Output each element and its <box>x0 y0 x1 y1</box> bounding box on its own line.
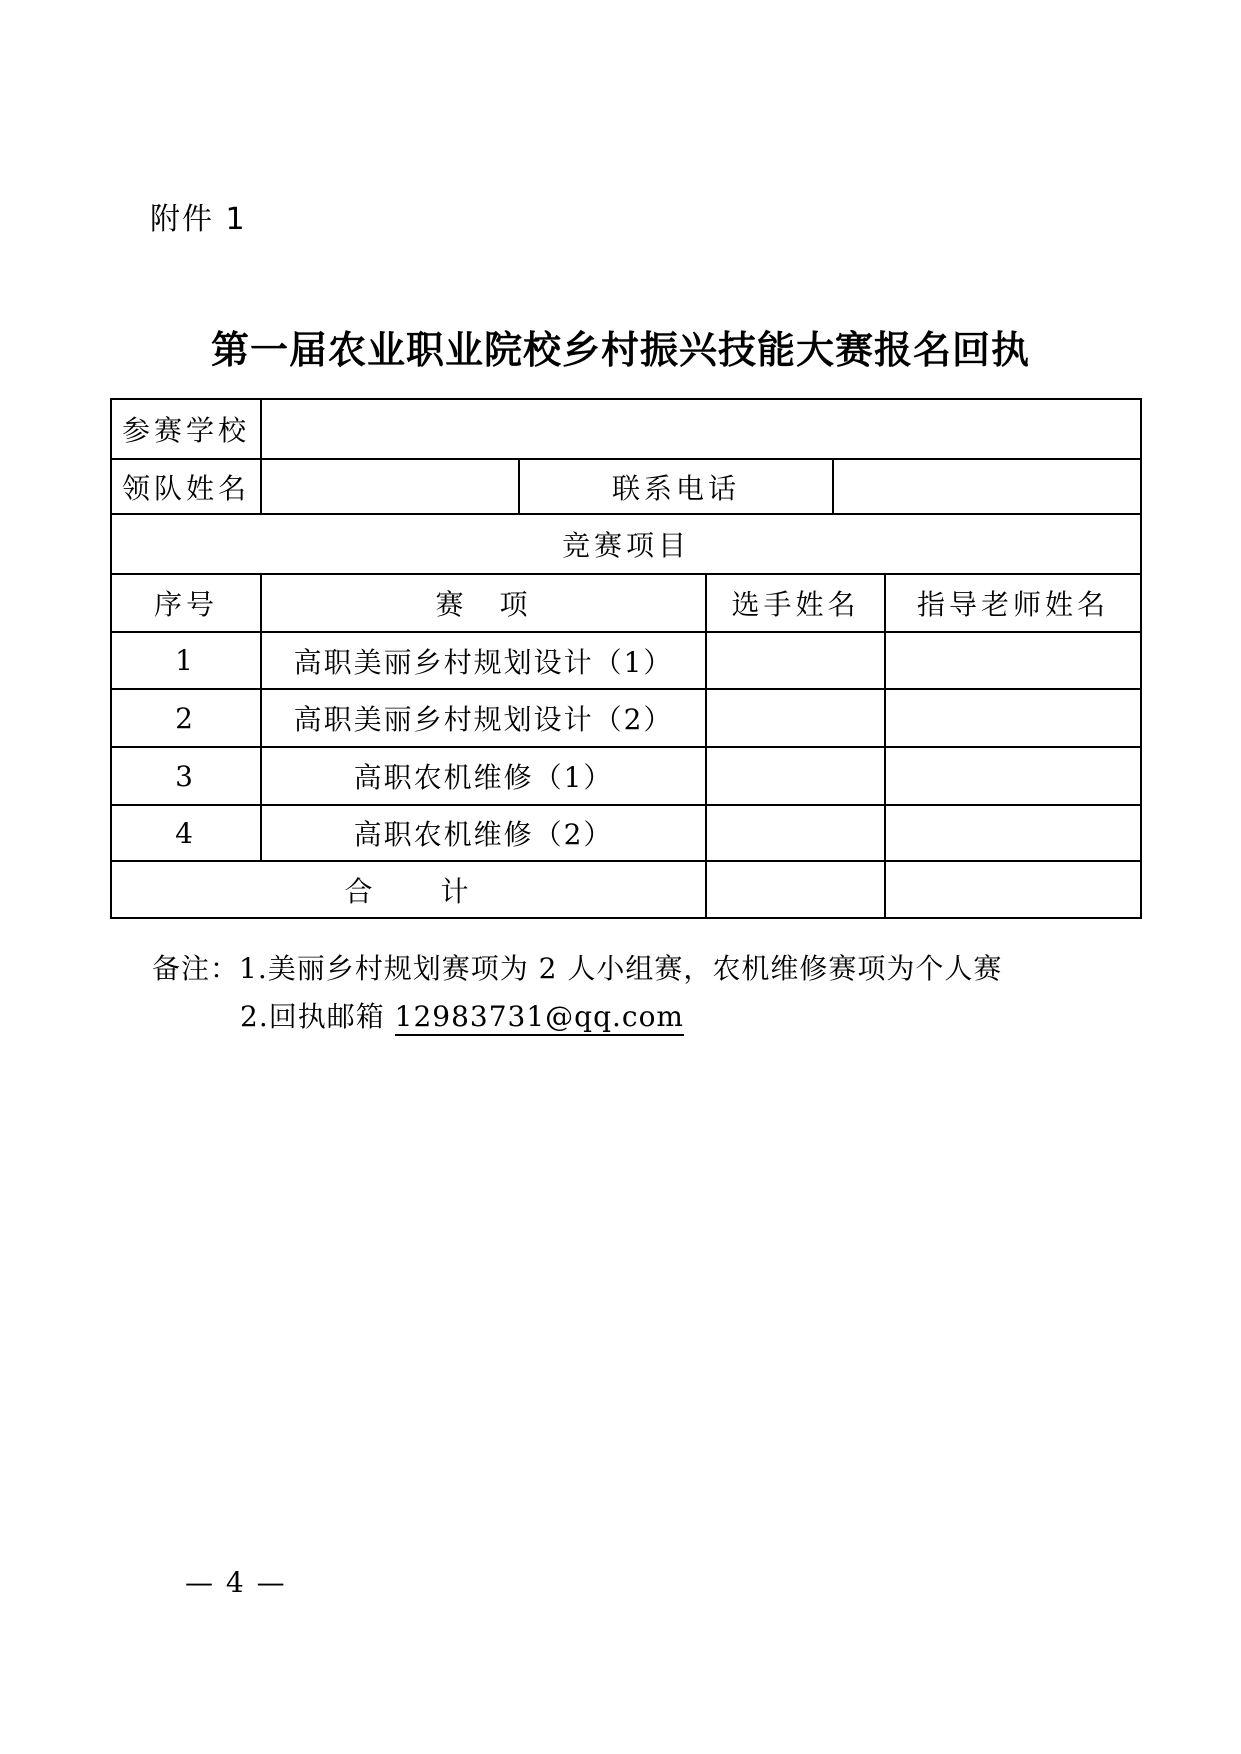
col-header-teacher: 指导老师姓名 <box>884 575 1140 631</box>
page-title: 第一届农业职业院校乡村振兴技能大赛报名回执 <box>0 326 1241 374</box>
leader-label-cell: 领队姓名 <box>112 460 260 513</box>
table-row-event-1: 1 高职美丽乡村规划设计（1） <box>112 631 1140 688</box>
table-row-school: 参赛学校 <box>112 400 1140 458</box>
table-row-event-3: 3 高职农机维修（1） <box>112 746 1140 804</box>
total-teacher-cell[interactable] <box>884 862 1140 917</box>
leader-input-cell[interactable] <box>260 460 518 513</box>
player-input-cell[interactable] <box>705 748 884 804</box>
table-row-total: 合 计 <box>112 860 1140 917</box>
registration-table: 参赛学校 领队姓名 联系电话 竞赛项目 序号 赛 项 选手姓名 指导老师姓名 1… <box>110 398 1142 919</box>
reply-email-link[interactable]: 12983731@qq.com <box>395 1000 684 1036</box>
row-no: 3 <box>112 748 260 804</box>
note-line-2-text: 2.回执邮箱 <box>240 1000 395 1033</box>
section-header-cell: 竞赛项目 <box>112 515 1140 573</box>
phone-label-cell: 联系电话 <box>518 460 832 513</box>
row-event-name: 高职美丽乡村规划设计（1） <box>260 633 705 688</box>
teacher-input-cell[interactable] <box>884 748 1140 804</box>
phone-input-cell[interactable] <box>832 460 1140 513</box>
row-event-name: 高职美丽乡村规划设计（2） <box>260 690 705 746</box>
total-player-cell[interactable] <box>705 862 884 917</box>
teacher-input-cell[interactable] <box>884 690 1140 746</box>
teacher-input-cell[interactable] <box>884 633 1140 688</box>
row-event-name: 高职农机维修（1） <box>260 748 705 804</box>
note-line-1: 备注：1.美丽乡村规划赛项为 2 人小组赛，农机维修赛项为个人赛 <box>152 945 1002 993</box>
row-no: 1 <box>112 633 260 688</box>
notes-block: 备注：1.美丽乡村规划赛项为 2 人小组赛，农机维修赛项为个人赛 2.回执邮箱 … <box>152 945 1002 1041</box>
table-row-leader: 领队姓名 联系电话 <box>112 458 1140 513</box>
col-header-no: 序号 <box>112 575 260 631</box>
row-no: 4 <box>112 806 260 860</box>
school-label-cell: 参赛学校 <box>112 400 260 458</box>
player-input-cell[interactable] <box>705 690 884 746</box>
table-row-event-2: 2 高职美丽乡村规划设计（2） <box>112 688 1140 746</box>
attachment-label: 附件 1 <box>150 202 247 238</box>
table-row-section-header: 竞赛项目 <box>112 513 1140 573</box>
school-input-cell[interactable] <box>260 400 1140 458</box>
player-input-cell[interactable] <box>705 633 884 688</box>
col-header-event: 赛 项 <box>260 575 705 631</box>
note-line-2: 2.回执邮箱 12983731@qq.com <box>152 993 1002 1041</box>
player-input-cell[interactable] <box>705 806 884 860</box>
row-no: 2 <box>112 690 260 746</box>
table-header-row: 序号 赛 项 选手姓名 指导老师姓名 <box>112 573 1140 631</box>
page-number: — 4 — <box>185 1566 287 1599</box>
teacher-input-cell[interactable] <box>884 806 1140 860</box>
col-header-player: 选手姓名 <box>705 575 884 631</box>
total-label-cell: 合 计 <box>112 862 705 917</box>
document-page: 附件 1 第一届农业职业院校乡村振兴技能大赛报名回执 参赛学校 领队姓名 联系电… <box>0 0 1241 1754</box>
table-row-event-4: 4 高职农机维修（2） <box>112 804 1140 860</box>
row-event-name: 高职农机维修（2） <box>260 806 705 860</box>
